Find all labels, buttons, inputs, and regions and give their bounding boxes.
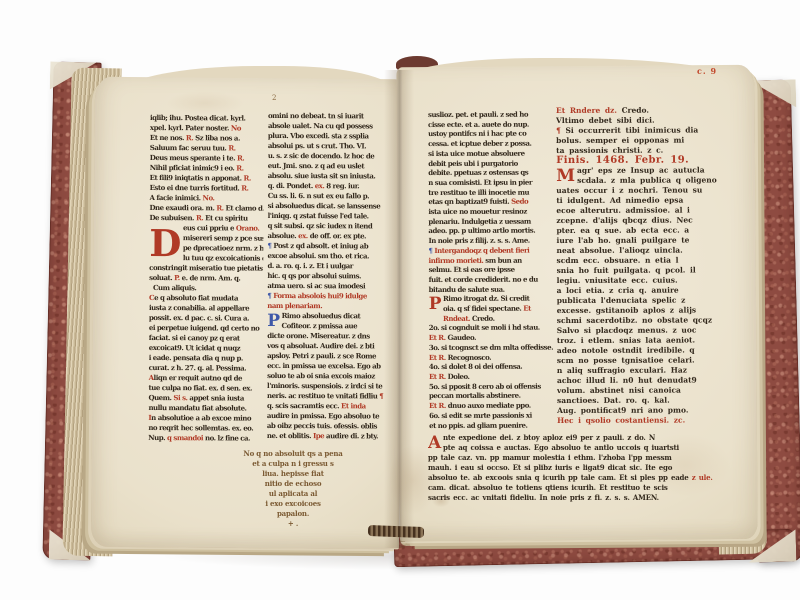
right-page-bottom-paragraph: Ante expedione dei. z btoy aploz ei9 per…	[428, 433, 738, 507]
left-page-funnel-footnote: No q no absoluit qs a penaet a culpa n i…	[226, 449, 360, 537]
quire-mark: 2	[272, 94, 276, 102]
right-page-column-b-text: Et Rndere dz. Credo.Vltimo debet sibi di…	[556, 105, 745, 430]
right-page-column-a-text: suslioz. pet. et pauli. z sed hocisse ec…	[428, 110, 555, 436]
left-page-column-a-text: iqlib; ihu. Postea dicat. kyrl.xpel. kyr…	[148, 113, 264, 448]
manuscript-photo: iqlib; ihu. Postea dicat. kyrl.xpel. kyr…	[0, 0, 800, 600]
binding-sewing	[368, 525, 424, 538]
left-page-column-b-text: omini no debeat. tn si iuaritabsole uale…	[267, 111, 392, 447]
folio-number: c. 9	[697, 67, 717, 76]
